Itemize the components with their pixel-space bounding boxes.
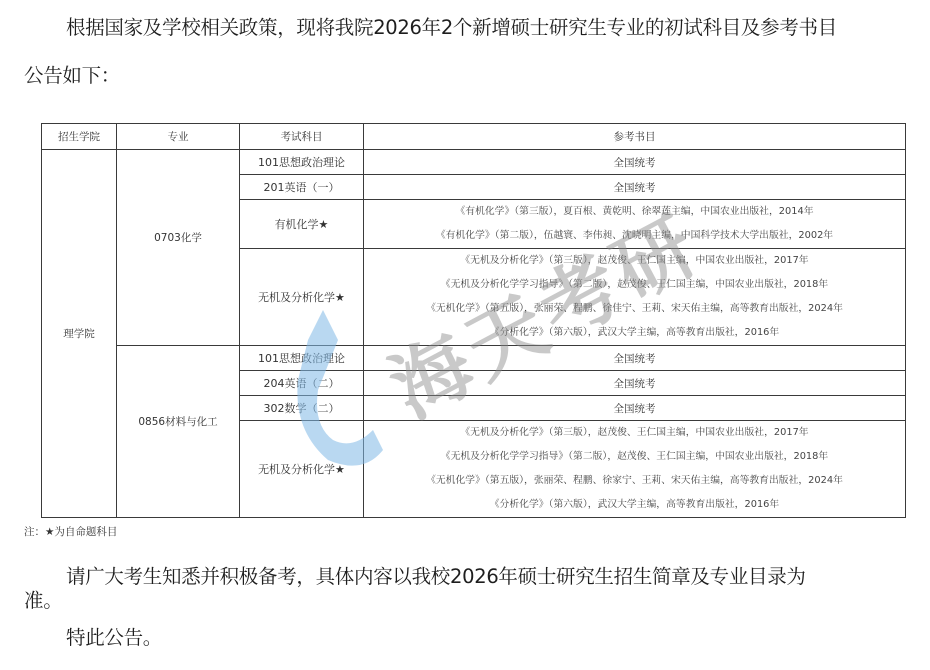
major-name: 0856材料与化工 [138, 416, 217, 428]
header-college: 招生学院 [42, 124, 117, 150]
reference-cell: 全国统考 [364, 175, 906, 200]
header-references: 参考书目 [364, 124, 906, 150]
closing-line-3: 特此公告。 [66, 622, 162, 650]
header-subject: 考试科目 [240, 124, 364, 150]
table-note: 注：★为自命题科目 [24, 524, 117, 539]
reference-line: 《分析化学》（第六版），武汉大学主编，高等教育出版社，2016年 [364, 493, 905, 517]
subject-cell: 204英语（二） [240, 371, 364, 396]
college-name: 理学院 [63, 328, 95, 340]
exam-subjects-table: 招生学院 专业 考试科目 参考书目 理学院 0703化学 101思想政治理论 全… [41, 123, 906, 518]
subject-cell: 有机化学★ [240, 200, 364, 249]
subject-cell: 101思想政治理论 [240, 346, 364, 371]
major-cell: 0703化学 [117, 150, 240, 346]
subject-cell: 201英语（一） [240, 175, 364, 200]
major-name: 0703化学 [154, 232, 202, 244]
closing-line-2: 准。 [24, 585, 62, 613]
reference-line: 《无机化学》（第五版），张丽荣、程鹏、徐家宁、王莉、宋天佑主编，高等教育出版社，… [364, 469, 905, 493]
reference-line: 《分析化学》（第六版），武汉大学主编，高等教育出版社，2016年 [364, 321, 905, 345]
college-cell: 理学院 [42, 150, 117, 518]
intro-line-2: 公告如下： [24, 62, 120, 90]
reference-line: 《无机及分析化学》（第三版），赵茂俊、王仁国主编，中国农业出版社，2017年 [364, 421, 905, 445]
table-row: 理学院 0703化学 101思想政治理论 全国统考 [42, 150, 906, 175]
reference-cell: 《无机及分析化学》（第三版），赵茂俊、王仁国主编，中国农业出版社，2017年 《… [364, 421, 906, 518]
table-header-row: 招生学院 专业 考试科目 参考书目 [42, 124, 906, 150]
reference-line: 《无机及分析化学学习指导》（第二版），赵茂俊、王仁国主编，中国农业出版社，201… [364, 273, 905, 297]
reference-cell: 《无机及分析化学》（第三版），赵茂俊、王仁国主编，中国农业出版社，2017年 《… [364, 249, 906, 346]
major-cell: 0856材料与化工 [117, 346, 240, 518]
closing-line-1: 请广大考生知悉并积极备考，具体内容以我校2026年硕士研究生招生简章及专业目录为 [66, 561, 806, 589]
table-row: 0856材料与化工 101思想政治理论 全国统考 [42, 346, 906, 371]
header-major: 专业 [117, 124, 240, 150]
subject-cell: 无机及分析化学★ [240, 249, 364, 346]
reference-line: 《有机化学》（第三版），夏百根、黄乾明、徐翠莲主编，中国农业出版社，2014年 [364, 200, 905, 224]
reference-cell: 全国统考 [364, 371, 906, 396]
reference-cell: 全国统考 [364, 150, 906, 175]
reference-line: 《无机及分析化学》（第三版），赵茂俊、王仁国主编，中国农业出版社，2017年 [364, 249, 905, 273]
reference-cell: 全国统考 [364, 396, 906, 421]
intro-line-1: 根据国家及学校相关政策，现将我院2026年2个新增硕士研究生专业的初试科目及参考… [66, 14, 837, 42]
reference-cell: 全国统考 [364, 346, 906, 371]
subject-cell: 302数学（二） [240, 396, 364, 421]
subject-cell: 101思想政治理论 [240, 150, 364, 175]
reference-line: 《无机及分析化学学习指导》（第二版），赵茂俊、王仁国主编，中国农业出版社，201… [364, 445, 905, 469]
reference-cell: 《有机化学》（第三版），夏百根、黄乾明、徐翠莲主编，中国农业出版社，2014年 … [364, 200, 906, 249]
reference-line: 《无机化学》（第五版），张丽荣、程鹏、徐佳宁、王莉、宋天佑主编，高等教育出版社，… [364, 297, 905, 321]
reference-line: 《有机化学》（第二版），伍越寰、李伟昶、沈晓明主编，中国科学技术大学出版社，20… [364, 224, 905, 248]
subject-cell: 无机及分析化学★ [240, 421, 364, 518]
